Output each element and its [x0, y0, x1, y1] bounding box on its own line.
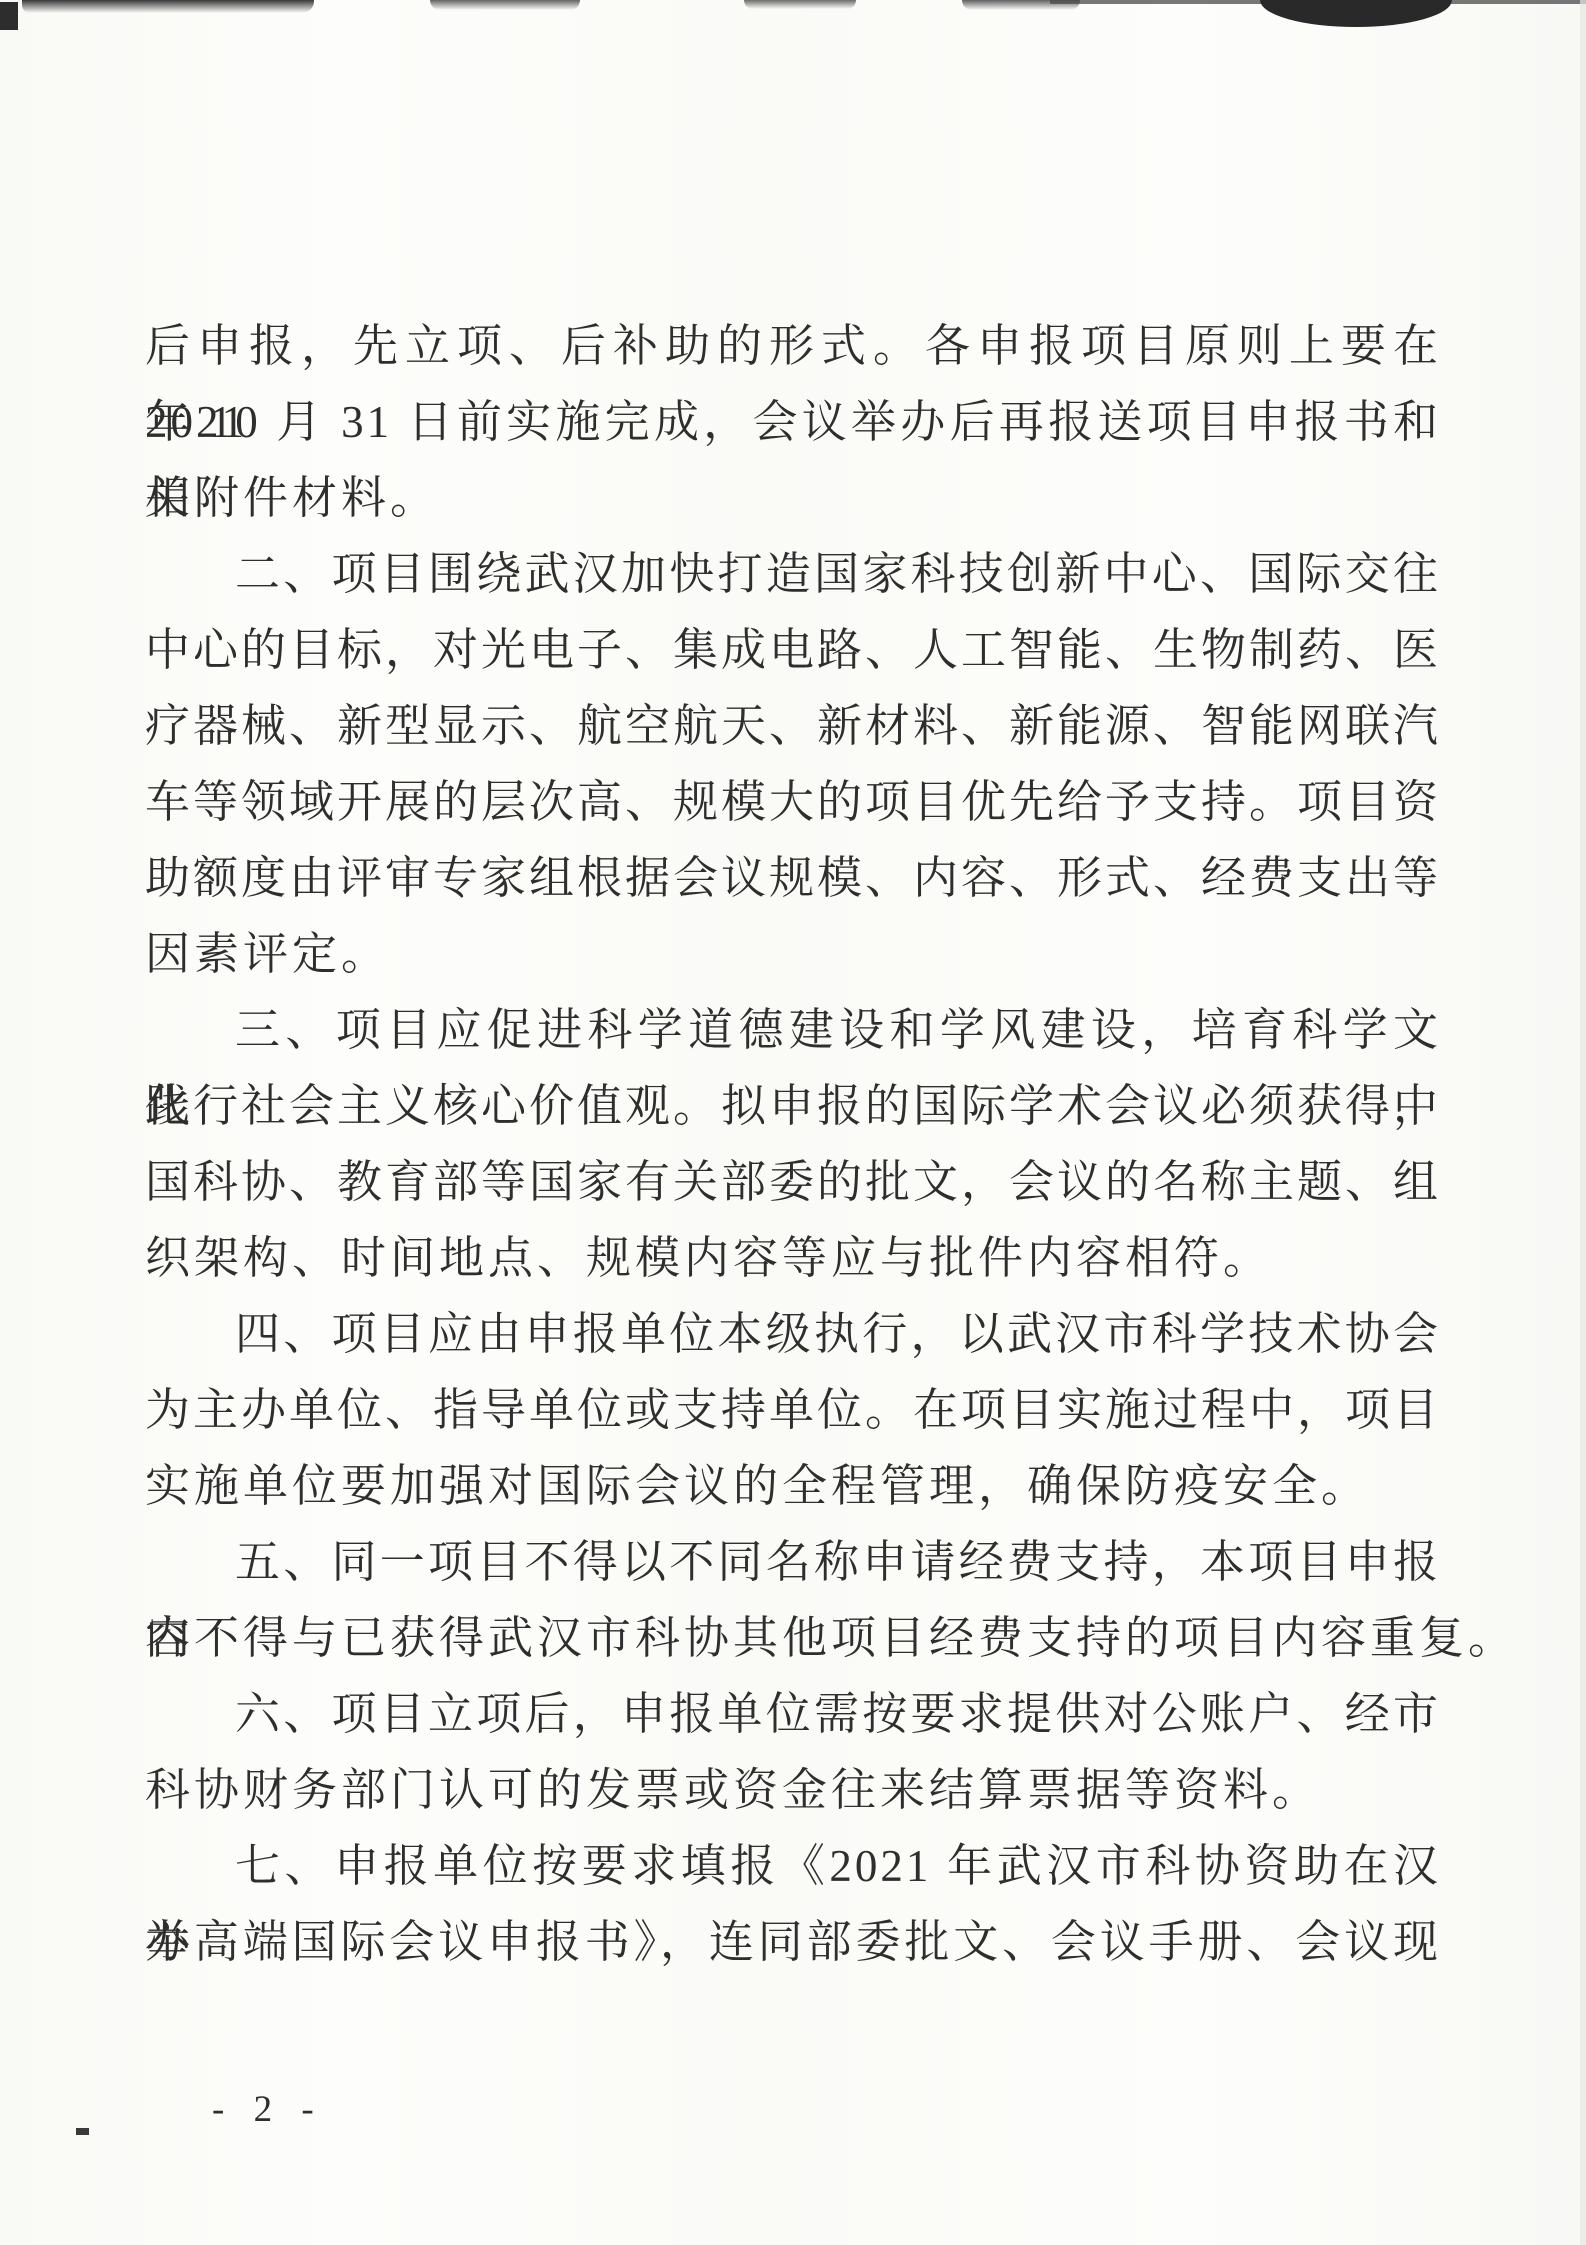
- scan-artifact-top-smudge: [22, 0, 314, 13]
- text-line: 六、项目立项后，申报单位需按要求提供对公账户、经市: [145, 1676, 1441, 1752]
- text-line: 容不得与已获得武汉市科协其他项目经费支持的项目内容重复。: [145, 1600, 1441, 1676]
- scan-artifact-top-smudge: [744, 0, 856, 9]
- text-line: 办高端国际会议申报书》，连同部委批文、会议手册、会议现: [145, 1904, 1441, 1980]
- document-page: 后申报，先立项、后补助的形式。各申报项目原则上要在 2021 年 10 月 31…: [0, 0, 1586, 2245]
- text-line: 五、同一项目不得以不同名称申请经费支持，本项目申报内: [145, 1524, 1441, 1600]
- text-line: 后申报，先立项、后补助的形式。各申报项目原则上要在 2021: [145, 308, 1441, 384]
- text-line: 三、项目应促进科学道德建设和学风建设，培育科学文化，: [145, 992, 1441, 1068]
- scan-artifact-top-smudge: [430, 0, 580, 10]
- text-line: 助额度由评审专家组根据会议规模、内容、形式、经费支出等: [145, 840, 1441, 916]
- text-line: 中心的目标，对光电子、集成电路、人工智能、生物制药、医: [145, 612, 1441, 688]
- text-line: 因素评定。: [145, 916, 1441, 992]
- text-line: 为主办单位、指导单位或支持单位。在项目实施过程中，项目: [145, 1372, 1441, 1448]
- scan-artifact-top-left-corner: [0, 2, 18, 30]
- text-line: 二、项目围绕武汉加快打造国家科技创新中心、国际交往: [145, 536, 1441, 612]
- scan-artifact-top-right-blob: [1260, 0, 1452, 27]
- text-line: 践行社会主义核心价值观。拟申报的国际学术会议必须获得中: [145, 1068, 1441, 1144]
- page-number: - 2 -: [212, 2088, 324, 2131]
- text-line: 七、申报单位按要求填报《2021 年武汉市科协资助在汉举: [145, 1828, 1441, 1904]
- scan-artifact-right-edge: [1580, 0, 1586, 2245]
- text-line: 织架构、时间地点、规模内容等应与批件内容相符。: [145, 1220, 1441, 1296]
- text-line: 车等领域开展的层次高、规模大的项目优先给予支持。项目资: [145, 764, 1441, 840]
- text-line: 关附件材料。: [145, 460, 1441, 536]
- text-line: 四、项目应由申报单位本级执行，以武汉市科学技术协会: [145, 1296, 1441, 1372]
- text-line: 科协财务部门认可的发票或资金往来结算票据等资料。: [145, 1752, 1441, 1828]
- text-line: 国科协、教育部等国家有关部委的批文，会议的名称主题、组: [145, 1144, 1441, 1220]
- text-line: 实施单位要加强对国际会议的全程管理，确保防疫安全。: [145, 1448, 1441, 1524]
- text-line: 年 10 月 31 日前实施完成，会议举办后再报送项目申报书和相: [145, 384, 1441, 460]
- scan-artifact-bottom-dash: [76, 2128, 89, 2135]
- scan-artifact-top-line: [1050, 0, 1586, 4]
- body-text: 后申报，先立项、后补助的形式。各申报项目原则上要在 2021 年 10 月 31…: [145, 308, 1441, 1980]
- text-line: 疗器械、新型显示、航空航天、新材料、新能源、智能网联汽: [145, 688, 1441, 764]
- scan-artifact-top-smudge: [962, 0, 1080, 10]
